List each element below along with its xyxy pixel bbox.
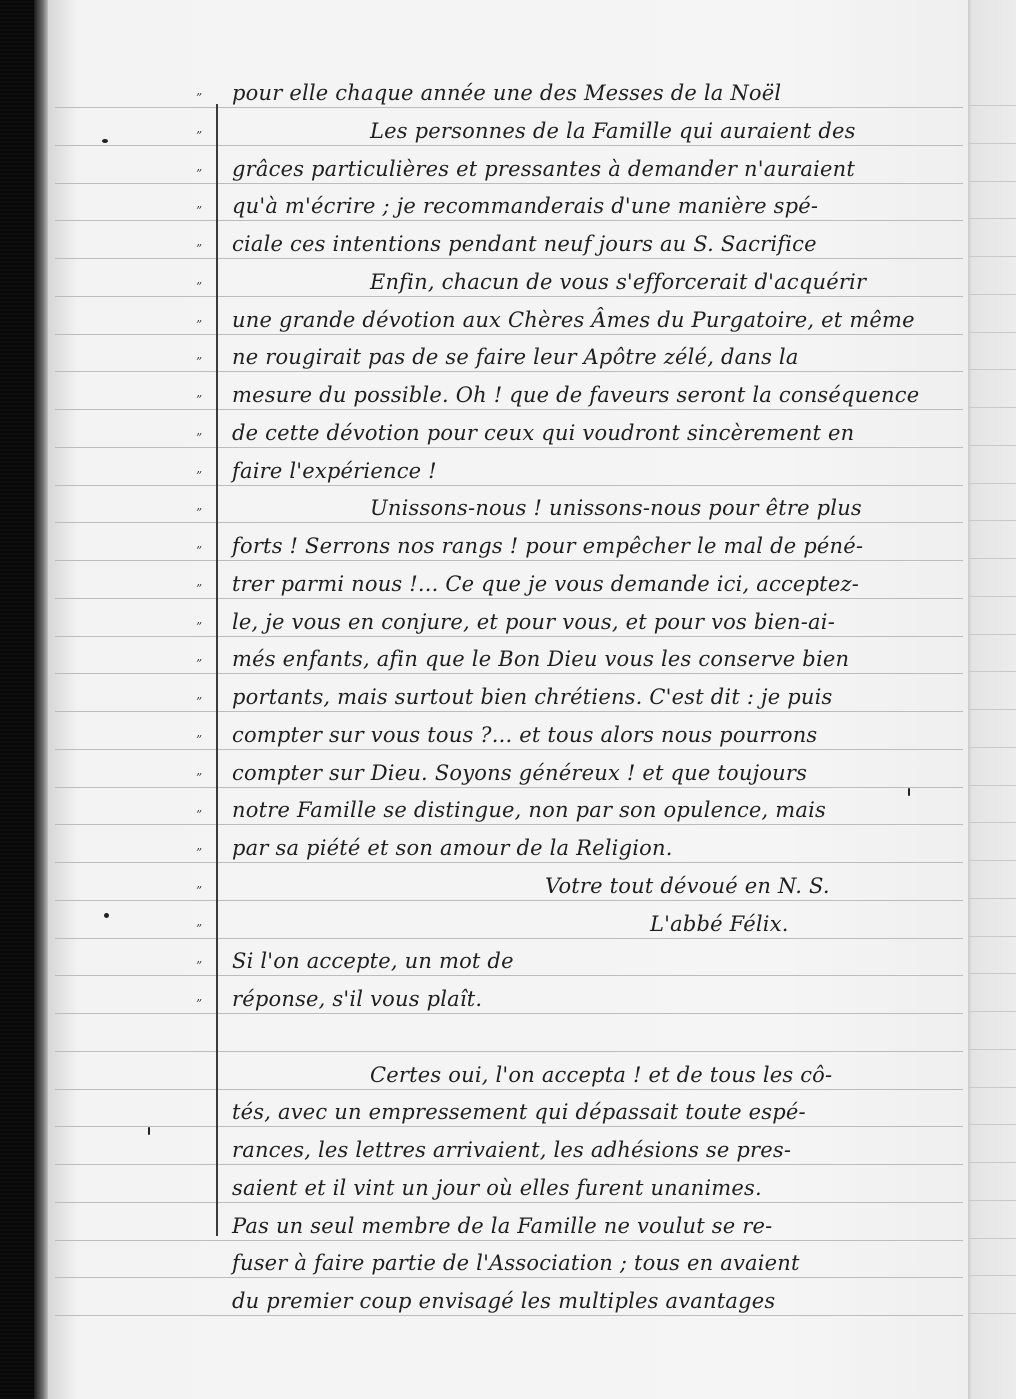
ditto-mark: ” [196,431,202,445]
ditto-mark: ” [196,808,202,822]
ruled-line [55,1126,963,1127]
text-line: Si l'on accepte, un mot de [232,949,514,973]
ditto-mark: ” [196,355,202,369]
ditto-mark: ” [196,506,202,520]
underlying-ruled-line [968,973,1016,974]
ditto-mark: ” [196,393,202,407]
underlying-ruled-line [968,143,1016,144]
ruled-line [55,711,963,712]
text-line: une grande dévotion aux Chères Âmes du P… [232,308,915,332]
underlying-ruled-line [968,1049,1016,1050]
underlying-ruled-line [968,785,1016,786]
text-line: rances, les lettres arrivaient, les adhé… [232,1138,791,1162]
text-line: Certes oui, l'on accepta ! et de tous le… [370,1063,832,1087]
text-line: du premier coup envisagé les multiples a… [232,1289,775,1313]
text-line: tés, avec un empressement qui dépassait … [232,1100,806,1124]
ruled-line [55,938,963,939]
ruled-line [55,787,963,788]
underlying-ruled-line [968,218,1016,219]
text-line: L'abbé Félix. [650,912,789,936]
underlying-ruled-line [968,671,1016,672]
text-line: Les personnes de la Famille qui auraient… [370,119,856,143]
ruled-line [55,900,963,901]
text-line: més enfants, afin que le Bon Dieu vous l… [232,647,849,671]
underlying-ruled-line [968,520,1016,521]
ditto-mark: ” [196,544,202,558]
ruled-line [55,862,963,863]
ruled-line [55,1202,963,1203]
ruled-line [55,749,963,750]
ditto-mark: ” [196,997,202,1011]
ruled-line [55,145,963,146]
underlying-ruled-line [968,558,1016,559]
ditto-mark: ” [196,167,202,181]
text-line: le, je vous en conjure, et pour vous, et… [232,610,835,634]
underlying-ruled-line [968,407,1016,408]
ruled-line [55,296,963,297]
ruled-line [55,409,963,410]
text-line: Enfin, chacun de vous s'efforcerait d'ac… [370,270,866,294]
text-line: Votre tout dévoué en N. S. [545,874,830,898]
ruled-line [55,447,963,448]
text-line: compter sur Dieu. Soyons généreux ! et q… [232,761,807,785]
text-line: de cette dévotion pour ceux qui voudront… [232,421,854,445]
text-line: pour elle chaque année une des Messes de… [232,81,781,105]
underlying-ruled-line [968,1200,1016,1201]
ruled-line [55,975,963,976]
underlying-ruled-line [968,709,1016,710]
text-line: faire l'expérience ! [232,459,437,483]
ditto-mark: ” [196,922,202,936]
ruled-line [55,371,963,372]
ruled-line [55,1277,963,1278]
underlying-ruled-line [968,936,1016,937]
ditto-mark: ” [196,657,202,671]
ink-speck [148,1127,150,1135]
ditto-mark: ” [196,204,202,218]
underlying-ruled-line [968,332,1016,333]
text-line: qu'à m'écrire ; je recommanderais d'une … [232,194,818,218]
ditto-mark: ” [196,695,202,709]
ditto-mark: ” [196,91,202,105]
text-line: mesure du possible. Oh ! que de faveurs … [232,383,919,407]
ditto-mark: ” [196,959,202,973]
ditto-mark: ” [196,620,202,634]
underlying-ruled-line [968,1124,1016,1125]
text-line: par sa piété et son amour de la Religion… [232,836,673,860]
binding-edge [34,0,48,1399]
underlying-ruled-line [968,822,1016,823]
ruled-line [55,636,963,637]
ditto-mark: ” [196,469,202,483]
text-line: réponse, s'il vous plaît. [232,987,482,1011]
underlying-ruled-line [968,105,1016,106]
ruled-line [55,1051,963,1052]
ruled-line [55,258,963,259]
underlying-ruled-line [968,1238,1016,1239]
ruled-line [55,1089,963,1090]
underlying-ruled-line [968,747,1016,748]
ruled-line [55,1164,963,1165]
underlying-ruled-line [968,445,1016,446]
ruled-line [55,1013,963,1014]
ditto-mark: ” [196,733,202,747]
text-line: ne rougirait pas de se faire leur Apôtre… [232,345,799,369]
ruled-line [55,560,963,561]
ruled-line [55,183,963,184]
ruled-line [55,334,963,335]
text-line: fuser à faire partie de l'Association ; … [232,1251,800,1275]
ink-speck [104,913,109,918]
text-line: forts ! Serrons nos rangs ! pour empêche… [232,534,863,558]
underlying-ruled-line [968,1087,1016,1088]
text-line: trer parmi nous !... Ce que je vous dema… [232,572,859,596]
text-line: ciale ces intentions pendant neuf jours … [232,232,817,256]
margin-rule [216,104,218,1236]
underlying-page-edge [966,0,1016,1399]
underlying-ruled-line [968,1313,1016,1314]
underlying-ruled-line [968,181,1016,182]
ditto-mark: ” [196,318,202,332]
text-line: saient et il vint un jour où elles furen… [232,1176,762,1200]
ruled-line [55,673,963,674]
ditto-mark: ” [196,582,202,596]
text-line: Unissons-nous ! unissons-nous pour être … [370,496,862,520]
ruled-line [55,1240,963,1241]
ditto-mark: ” [196,771,202,785]
underlying-ruled-line [968,1275,1016,1276]
ink-speck [908,788,910,796]
underlying-ruled-line [968,1162,1016,1163]
ruled-line [55,824,963,825]
text-line: compter sur vous tous ?... et tous alors… [232,723,817,747]
underlying-ruled-line [968,1011,1016,1012]
ditto-mark: ” [196,280,202,294]
ruled-line [55,522,963,523]
underlying-ruled-line [968,860,1016,861]
ditto-mark: ” [196,884,202,898]
underlying-ruled-line [968,369,1016,370]
text-line: Pas un seul membre de la Famille ne voul… [232,1214,772,1238]
text-line: notre Famille se distingue, non par son … [232,798,826,822]
underlying-ruled-line [968,483,1016,484]
text-line: grâces particulières et pressantes à dem… [232,157,855,181]
ink-speck [102,139,108,143]
ruled-line [55,485,963,486]
underlying-ruled-line [968,596,1016,597]
ruled-line [55,598,963,599]
underlying-ruled-line [968,898,1016,899]
ruled-line [55,107,963,108]
text-line: portants, mais surtout bien chrétiens. C… [232,685,832,709]
ditto-mark: ” [196,242,202,256]
underlying-ruled-line [968,294,1016,295]
ruled-line [55,1315,963,1316]
underlying-ruled-line [968,256,1016,257]
ruled-line [55,220,963,221]
ditto-mark: ” [196,129,202,143]
ditto-mark: ” [196,846,202,860]
underlying-ruled-line [968,634,1016,635]
